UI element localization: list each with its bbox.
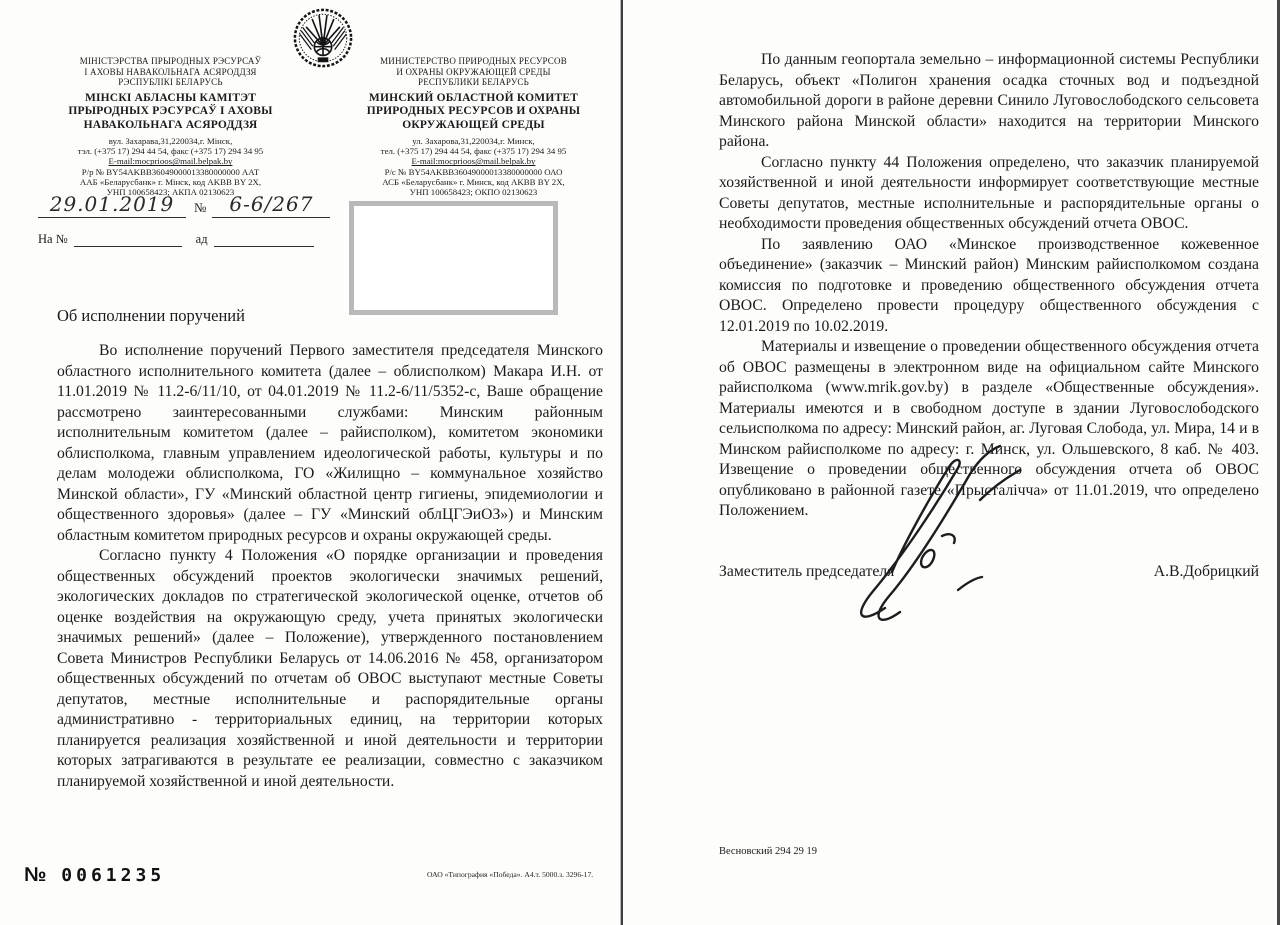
letterhead-russian: МИНИСТЕРСТВО ПРИРОДНЫХ РЕСУРСОВ И ОХРАНЫ… [329, 56, 618, 197]
scanned-letter: МІНІСТЭРСТВА ПРЫРОДНЫХ РЭСУРСАЎ І АХОВЫ … [0, 0, 1280, 925]
email-by: E-mail:mocprioos@mail.belpak.by [26, 156, 315, 166]
ad-label: ад [196, 232, 208, 247]
number-sign: № [194, 200, 206, 216]
letter-body-page1: Во исполнение поручений Первого заместит… [57, 341, 603, 792]
subject-line: Об исполнении поручений [57, 306, 245, 326]
page-2: По данным геопортала земельно – информац… [625, 0, 1277, 925]
bank-ru: АСБ «Беларусбанк» г. Минск, код AKBB BY … [329, 177, 618, 187]
paragraph: Материалы и извещение о проведении общес… [719, 337, 1259, 522]
paragraph: По данным геопортала земельно – информац… [719, 50, 1259, 153]
number-sign: № [24, 864, 47, 886]
signer-name: А.В.Добрицкий [1154, 563, 1259, 581]
executor-contact: Весновский 294 29 19 [719, 846, 817, 857]
address-by: вул. Захарава,31,220034,г. Мінск, [26, 136, 315, 146]
date-field: 29.01.2019 [38, 192, 186, 218]
na-number-label: На № [38, 232, 68, 247]
page-1: МІНІСТЭРСТВА ПРЫРОДНЫХ РЭСУРСАЎ І АХОВЫ … [0, 0, 622, 925]
page-fold-divider [621, 0, 623, 925]
account-ru: Р/с № BY54AKBB36049000013380000000 ОАО [329, 167, 618, 177]
address-ru: ул. Захарова,31,220034,г. Минск, [329, 136, 618, 146]
letterhead-belarusian: МІНІСТЭРСТВА ПРЫРОДНЫХ РЭСУРСАЎ І АХОВЫ … [26, 56, 315, 197]
form-serial-number: №0061235 [24, 864, 165, 887]
paragraph: Согласно пункту 44 Положения определено,… [719, 153, 1259, 235]
letter-body-page2: По данным геопортала земельно – информац… [719, 50, 1259, 522]
outgoing-number-field: 6-6/267 [212, 192, 330, 218]
handwritten-date: 29.01.2019 [50, 192, 175, 216]
bank-by: ААБ «Беларусбанк» г. Мінск, код AKBB BY … [26, 177, 315, 187]
ministry-name-by: МІНІСТЭРСТВА ПРЫРОДНЫХ РЭСУРСАЎ [26, 56, 315, 67]
date-number-block: 29.01.2019 № 6-6/267 На № ад [38, 192, 340, 247]
ministry-name-ru: МИНИСТЕРСТВО ПРИРОДНЫХ РЕСУРСОВ [329, 56, 618, 67]
na-number-blank [74, 232, 182, 247]
phone-by: тэл. (+375 17) 294 44 54, факс (+375 17)… [26, 146, 315, 156]
stamp-box [349, 201, 558, 315]
committee-name-by: МІНСКІ АБЛАСНЫ КАМІТЭТ [26, 92, 315, 106]
letterhead: МІНІСТЭРСТВА ПРЫРОДНЫХ РЭСУРСАЎ І АХОВЫ … [26, 56, 618, 197]
signer-position: Заместитель председателя [719, 563, 894, 581]
ad-blank [214, 232, 314, 247]
unp-ru: УНП 100658423; ОКПО 02130623 [329, 187, 618, 197]
printing-house-note: ОАО «Типография «Победа». А4.т. 5000.з. … [427, 870, 593, 879]
signature-row: Заместитель председателя А.В.Добрицкий [719, 563, 1259, 581]
committee-name-ru: МИНСКИЙ ОБЛАСТНОЙ КОМИТЕТ [329, 92, 618, 106]
phone-ru: тел. (+375 17) 294 44 54, факс (+375 17)… [329, 146, 618, 156]
paragraph: По заявлению ОАО «Минское производственн… [719, 235, 1259, 338]
paragraph: Согласно пункту 4 Положения «О порядке о… [57, 546, 603, 792]
email-ru: E-mail:mocprioos@mail.belpak.by [329, 156, 618, 166]
account-by: Р/р № BY54AKBB36049000013380000000 ААТ [26, 167, 315, 177]
paragraph: Во исполнение поручений Первого заместит… [57, 341, 603, 546]
handwritten-number: 6-6/267 [229, 192, 313, 216]
